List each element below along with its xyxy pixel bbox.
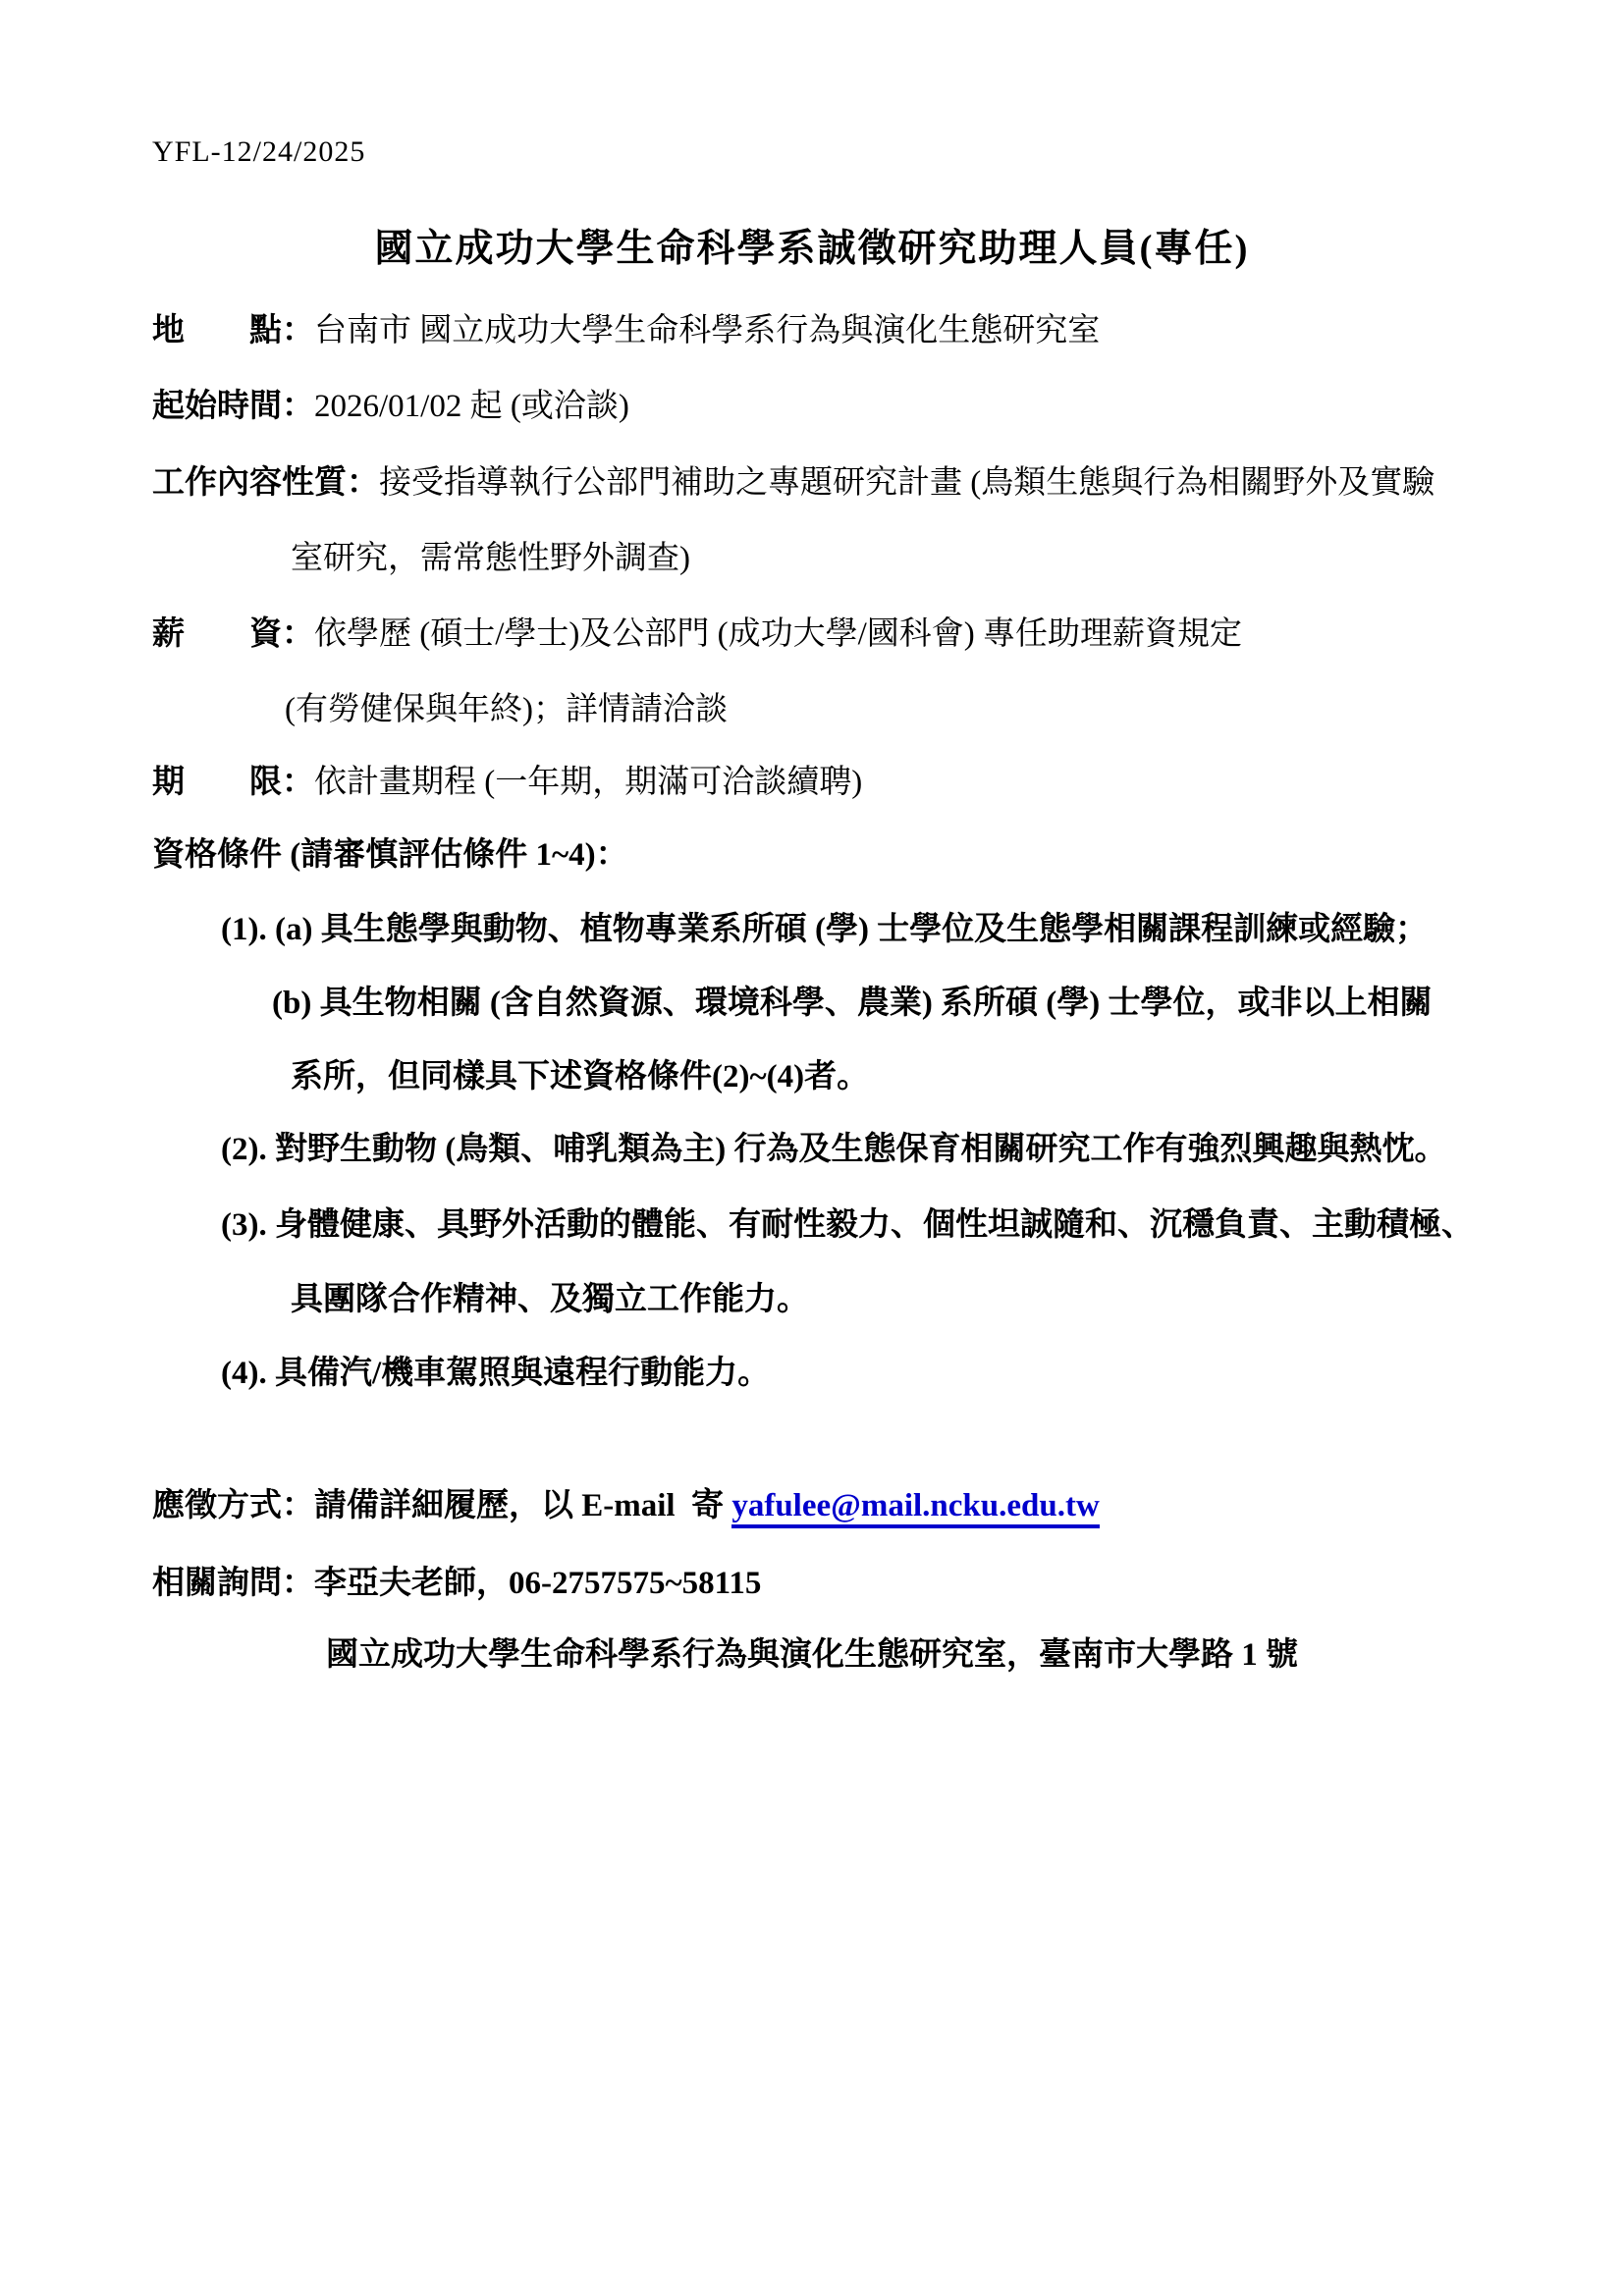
qualification-item-1b-continuation: 系所，但同樣具下述資格條件(2)~(4)者。: [291, 1058, 869, 1097]
qualification-item-2: (2). 對野生動物 (鳥類、哺乳類為主) 行為及生態保育相關研究工作有強烈興趣…: [221, 1131, 1446, 1170]
field-salary-continuation: (有勞健保與年終)；詳情請洽談: [285, 691, 728, 730]
doc-title: 國立成功大學生命科學系誠徵研究助理人員(專任): [0, 218, 1624, 273]
field-location: 地 點：台南市 國立成功大學生命科學系行為與演化生態研究室: [152, 312, 1100, 351]
field-duration-label: 期 限：: [152, 765, 314, 800]
qualification-item-3-continuation: 具團隊合作精神、及獨立工作能力。: [291, 1281, 809, 1320]
qualification-item-4: (4). 具備汽/機車駕照與遠程行動能力。: [221, 1355, 770, 1394]
field-job-nature-label: 工作內容性質：: [152, 465, 379, 501]
inquiry-label: 相關詢問：: [152, 1566, 314, 1601]
field-start-time-label: 起始時間：: [152, 389, 314, 424]
application-method-label: 應徵方式：: [152, 1488, 314, 1523]
application-method-line: 應徵方式：請備詳細履歷，以 E-mail 寄 yafulee@mail.ncku…: [152, 1487, 1100, 1526]
field-salary-value: 依學歷 (碩士/學士)及公部門 (成功大學/國科會) 專任助理薪資規定: [314, 616, 1242, 652]
field-salary-label: 薪 資：: [152, 616, 314, 652]
document-page: YFL-12/24/2025 國立成功大學生命科學系誠徵研究助理人員(專任) 地…: [0, 0, 1624, 2296]
field-duration-value: 依計畫期程 (一年期，期滿可洽談續聘): [314, 765, 862, 800]
application-method-text: 請備詳細履歷，以 E-mail 寄: [314, 1488, 731, 1523]
field-start-time-value: 2026/01/02 起 (或洽談): [314, 389, 629, 424]
field-job-nature-continuation: 室研究，需常態性野外調查): [291, 540, 690, 579]
field-job-nature-value: 接受指導執行公部門補助之專題研究計畫 (鳥類生態與行為相關野外及實驗: [379, 465, 1435, 501]
doc-header-note: YFL-12/24/2025: [152, 135, 365, 169]
field-job-nature: 工作內容性質：接受指導執行公部門補助之專題研究計畫 (鳥類生態與行為相關野外及實…: [152, 464, 1435, 504]
field-duration: 期 限：依計畫期程 (一年期，期滿可洽談續聘): [152, 764, 862, 803]
qualifications-heading: 資格條件 (請審慎評估條件 1~4)：: [152, 836, 628, 876]
qualification-item-1a: (1). (a) 具生態學與動物、植物專業系所碩 (學) 士學位及生態學相關課程…: [221, 911, 1428, 950]
field-location-label: 地 點：: [152, 313, 314, 348]
field-start-time: 起始時間：2026/01/02 起 (或洽談): [152, 388, 629, 427]
qualification-item-3: (3). 身體健康、具野外活動的體能、有耐性毅力、個性坦誠隨和、沉穩負責、主動積…: [221, 1206, 1474, 1246]
field-salary: 薪 資：依學歷 (碩士/學士)及公部門 (成功大學/國科會) 專任助理薪資規定: [152, 615, 1242, 655]
inquiry-line: 相關詢問：李亞夫老師，06-2757575~58115: [152, 1565, 761, 1604]
qualification-item-1b: (b) 具生物相關 (含自然資源、環境科學、農業) 系所碩 (學) 士學位，或非…: [272, 985, 1433, 1024]
footer-address: 國立成功大學生命科學系行為與演化生態研究室，臺南市大學路 1 號: [0, 1636, 1624, 1676]
field-location-value: 台南市 國立成功大學生命科學系行為與演化生態研究室: [314, 313, 1100, 348]
inquiry-value: 李亞夫老師，06-2757575~58115: [314, 1566, 761, 1601]
email-link[interactable]: yafulee@mail.ncku.edu.tw: [731, 1488, 1099, 1528]
